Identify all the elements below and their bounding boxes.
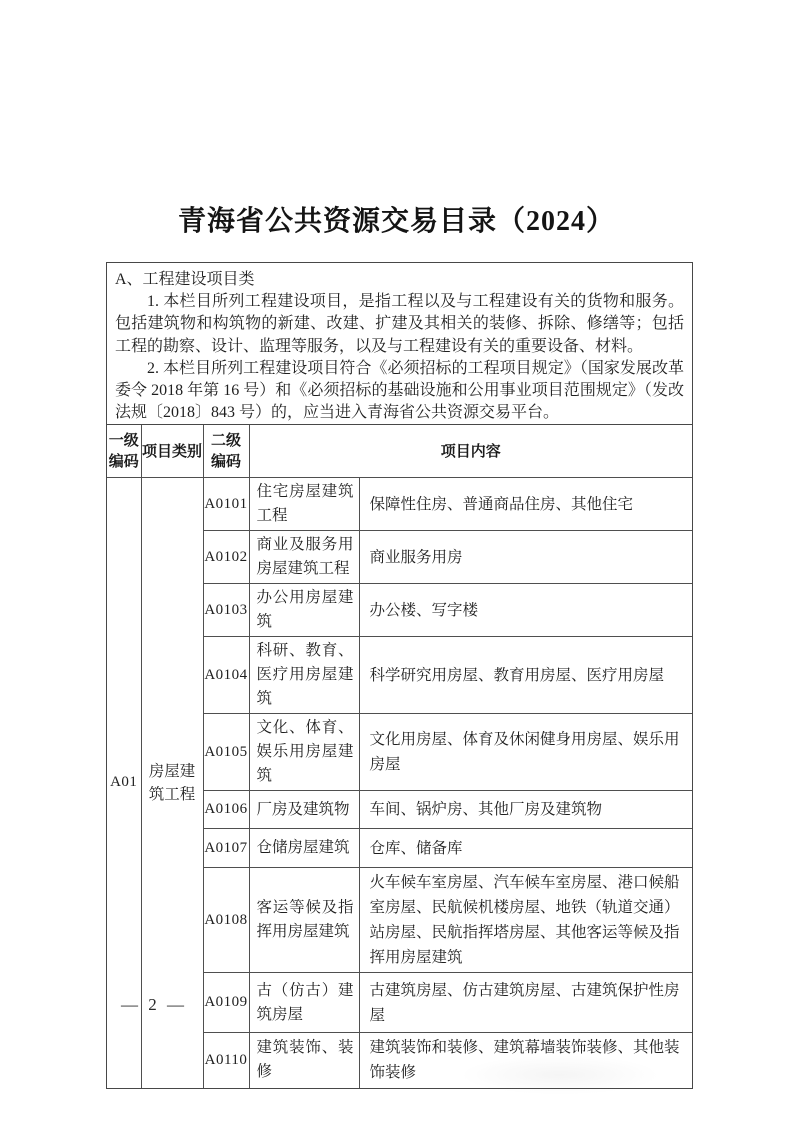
- row-content: 车间、锅炉房、其他厂房及建筑物: [359, 791, 692, 829]
- header-content: 项目内容: [249, 425, 692, 478]
- row-name: 办公用房屋建筑: [249, 584, 359, 637]
- row-code: A0107: [203, 829, 249, 868]
- row-code: A0103: [203, 584, 249, 637]
- document-title: 青海省公共资源交易目录（2024）: [0, 199, 793, 239]
- catalog-table: 一级 编码 项目类别 二级 编码 项目内容 A01 房屋建筑工程 A0101 住…: [107, 425, 692, 1088]
- row-content: 建筑装饰和装修、建筑幕墙装饰装修、其他装饰装修: [359, 1033, 692, 1088]
- row-name: 客运等候及指挥用房屋建筑: [249, 868, 359, 973]
- header-level1-code: 一级 编码: [107, 425, 141, 478]
- row-name: 厂房及建筑物: [249, 791, 359, 829]
- row-name: 商业及服务用房屋建筑工程: [249, 531, 359, 584]
- row-content: 商业服务用房: [359, 531, 692, 584]
- row-name: 文化、体育、娱乐用房屋建筑: [249, 714, 359, 791]
- row-content: 古建筑房屋、仿古建筑房屋、古建筑保护性房屋: [359, 973, 692, 1033]
- table-header-row: 一级 编码 项目类别 二级 编码 项目内容: [107, 425, 692, 478]
- row-name: 建筑装饰、装修: [249, 1033, 359, 1088]
- intro-paragraph-2: 2. 本栏目所列工程建设项目符合《必须招标的工程项目规定》（国家发展改革委令 2…: [115, 358, 684, 425]
- intro-paragraph-1: 1. 本栏目所列工程建设项目，是指工程以及与工程建设有关的货物和服务。包括建筑物…: [115, 291, 684, 358]
- document-page: 青海省公共资源交易目录（2024） A、工程建设项目类 1. 本栏目所列工程建设…: [0, 0, 793, 1122]
- row-name: 仓储房屋建筑: [249, 829, 359, 868]
- header-level2-code: 二级 编码: [203, 425, 249, 478]
- row-code: A0110: [203, 1033, 249, 1088]
- row-name: 古（仿古）建筑房屋: [249, 973, 359, 1033]
- header-category: 项目类别: [141, 425, 203, 478]
- row-content: 保障性住房、普通商品住房、其他住宅: [359, 478, 692, 531]
- row-content: 办公楼、写字楼: [359, 584, 692, 637]
- intro-section: A、工程建设项目类 1. 本栏目所列工程建设项目，是指工程以及与工程建设有关的货…: [107, 263, 692, 425]
- row-content: 科学研究用房屋、教育用房屋、医疗用房屋: [359, 637, 692, 714]
- row-content: 仓库、储备库: [359, 829, 692, 868]
- row-name: 科研、教育、医疗用房屋建筑: [249, 637, 359, 714]
- row-code: A0106: [203, 791, 249, 829]
- row-code: A0101: [203, 478, 249, 531]
- row-code: A0109: [203, 973, 249, 1033]
- section-heading: A、工程建设项目类: [115, 269, 684, 291]
- page-number: — 2 —: [121, 995, 187, 1015]
- content-box: A、工程建设项目类 1. 本栏目所列工程建设项目，是指工程以及与工程建设有关的货…: [106, 262, 693, 1089]
- row-code: A0105: [203, 714, 249, 791]
- row-code: A0102: [203, 531, 249, 584]
- table-row: A01 房屋建筑工程 A0101 住宅房屋建筑工程 保障性住房、普通商品住房、其…: [107, 478, 692, 531]
- row-name: 住宅房屋建筑工程: [249, 478, 359, 531]
- row-code: A0108: [203, 868, 249, 973]
- row-content: 文化用房屋、体育及休闲健身用房屋、娱乐用房屋: [359, 714, 692, 791]
- row-code: A0104: [203, 637, 249, 714]
- row-content: 火车候车室房屋、汽车候车室房屋、港口候船室房屋、民航候机楼房屋、地铁（轨道交通）…: [359, 868, 692, 973]
